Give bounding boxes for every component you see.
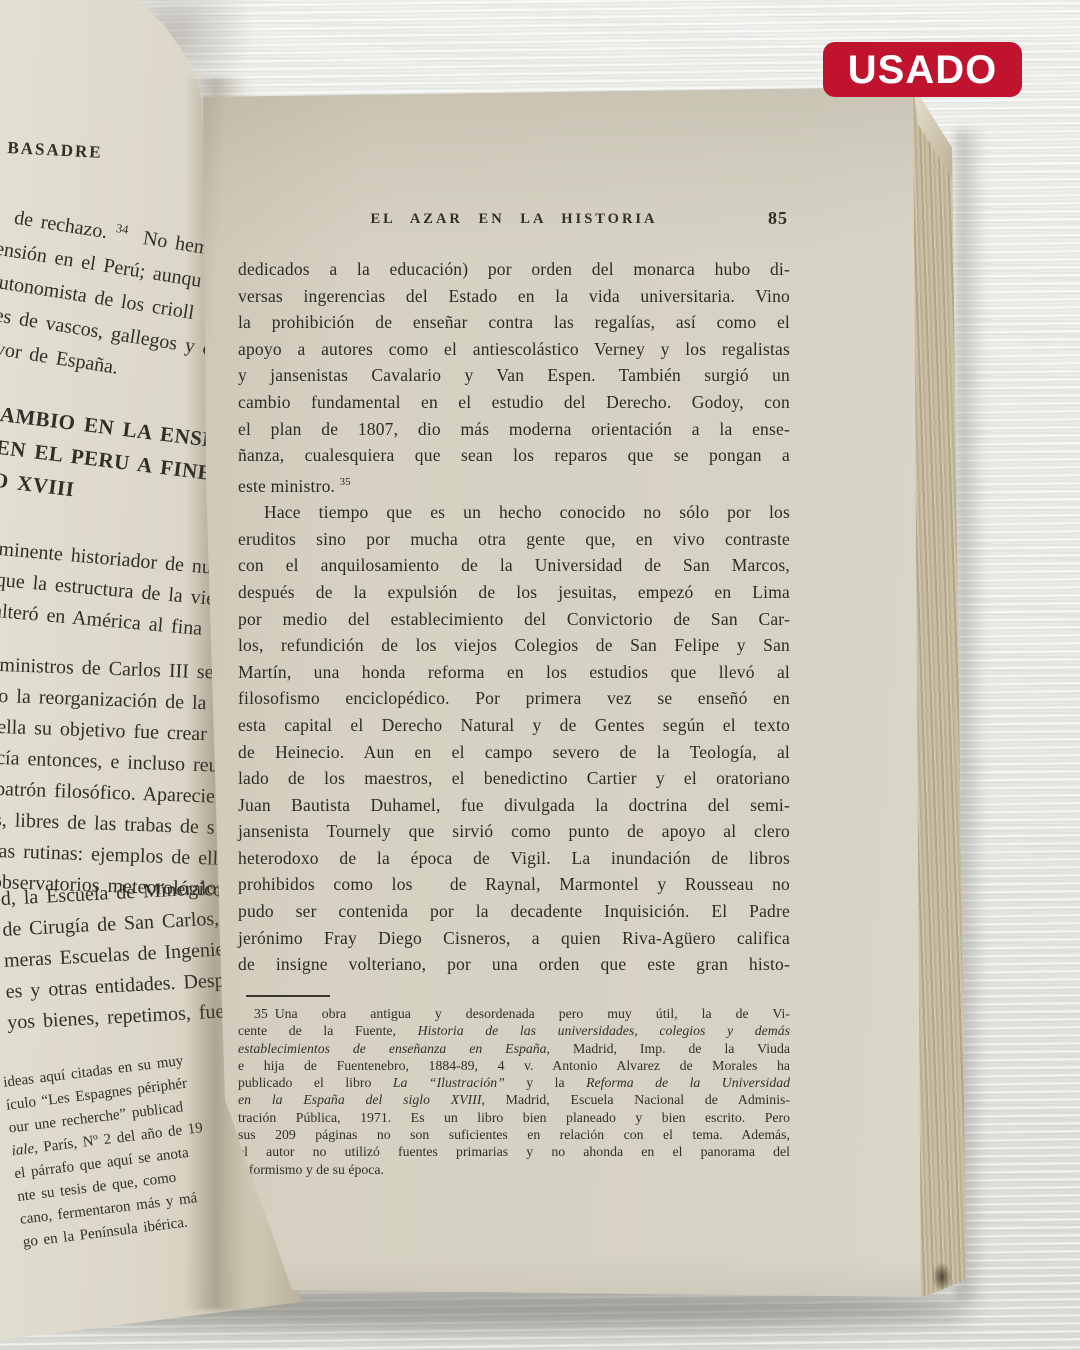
footnote-text: 35 Una obra antigua y desordenada pero m…: [238, 1005, 790, 1178]
text-line: establecimientos de enseñanza en España,…: [238, 1040, 790, 1057]
text-line: versas ingerencias del Estado en la vida…: [238, 283, 790, 310]
text-line: esta capital el Derecho Natural y de Gen…: [238, 712, 790, 739]
text-line: este ministro. 35: [238, 469, 790, 499]
running-head-text: BASADRE: [7, 138, 103, 163]
text-line: cente de la Fuente, Historia de las univ…: [238, 1022, 790, 1039]
text-line: con el anquilosamiento de la Universidad…: [238, 552, 790, 579]
usado-badge: USADO: [823, 42, 1022, 97]
text-line: y jansenistas Cavalario y Van Espen. Tam…: [238, 362, 790, 389]
text-line: heterodoxo de la época de Vigil. La inun…: [238, 845, 790, 872]
text-line: de Heinecio. Aun en el campo severo de l…: [238, 739, 790, 766]
text-line: lado de los maestros, el benedictino Car…: [238, 765, 790, 792]
text-line: de insigne volteriano, por una orden que…: [238, 951, 790, 978]
text-line: jansenista Tournely que sirvió como punt…: [238, 818, 790, 845]
text-line: jerónimo Fray Diego Cisneros, a quien Ri…: [238, 925, 790, 952]
running-title: EL AZAR EN LA HISTORIA: [238, 211, 790, 228]
text-line: en la España del siglo XVIII, Madrid, Es…: [238, 1091, 790, 1108]
used-book-photo: BASADRE de rechazo. 34 No hemoensión en …: [0, 0, 1080, 1350]
text-line: ñanza, cualesquiera que sean los reparos…: [238, 442, 790, 469]
text-line: por medio del establecimiento del Convic…: [238, 606, 790, 633]
text-line: 35 Una obra antigua y desordenada pero m…: [238, 1005, 790, 1022]
text-line: cambio fundamental en el estudio del Der…: [238, 389, 790, 416]
page-number: 85: [768, 208, 788, 229]
text-line: tración Pública, 1971. Es un libro bien …: [238, 1109, 790, 1126]
text-line: Hace tiempo que es un hecho conocido no …: [238, 499, 790, 526]
text-line: eruditos sino por mucha otra gente que, …: [238, 526, 790, 553]
text-line: reformismo y de su época.: [238, 1161, 790, 1178]
text-line: la prohibición de enseñar contra las reg…: [238, 309, 790, 336]
text-line: dedicados a la educación) por orden del …: [238, 256, 790, 283]
right-page: EL AZAR EN LA HISTORIA 85 dedicados a la…: [198, 84, 924, 1302]
text-line: apoyo a autores como el antiescolástico …: [238, 336, 790, 363]
body-text: dedicados a la educación) por orden del …: [238, 256, 790, 978]
text-line: sus 209 páginas no son suficientes en re…: [238, 1126, 790, 1143]
text-line: prohibidos como los de Raynal, Marmontel…: [238, 871, 790, 898]
text-line: publicado el libro La “Ilustración” y la…: [238, 1074, 790, 1091]
text-line: los, refundición de los viejos Colegios …: [238, 632, 790, 659]
footnote-rule: [246, 995, 330, 997]
text-line: Juan Bautista Duhamel, fue divulgada la …: [238, 792, 790, 819]
text-line: e hija de Fuentenebro, 1884-89, 4 v. Ant…: [238, 1057, 790, 1074]
text-line: el plan de 1807, dio más moderna orienta…: [238, 416, 790, 443]
left-page-footnote-fragment: ideas aquí citadas en su muyículo “Les E…: [2, 1049, 215, 1255]
text-line: filosofismo enciclopédico. Por primera v…: [238, 685, 790, 712]
left-page-running-head: BASADRE: [7, 138, 103, 163]
text-line: Martín, una honda reforma en los estudio…: [238, 659, 790, 686]
text-line: pudo ser contenida por la decadente Inqu…: [238, 898, 790, 925]
running-header: EL AZAR EN LA HISTORIA 85: [238, 211, 790, 228]
text-line: el autor no utilizó fuentes primarias y …: [238, 1143, 790, 1160]
text-line: después de la expulsión de los jesuitas,…: [238, 579, 790, 606]
usado-badge-label: USADO: [848, 50, 997, 90]
